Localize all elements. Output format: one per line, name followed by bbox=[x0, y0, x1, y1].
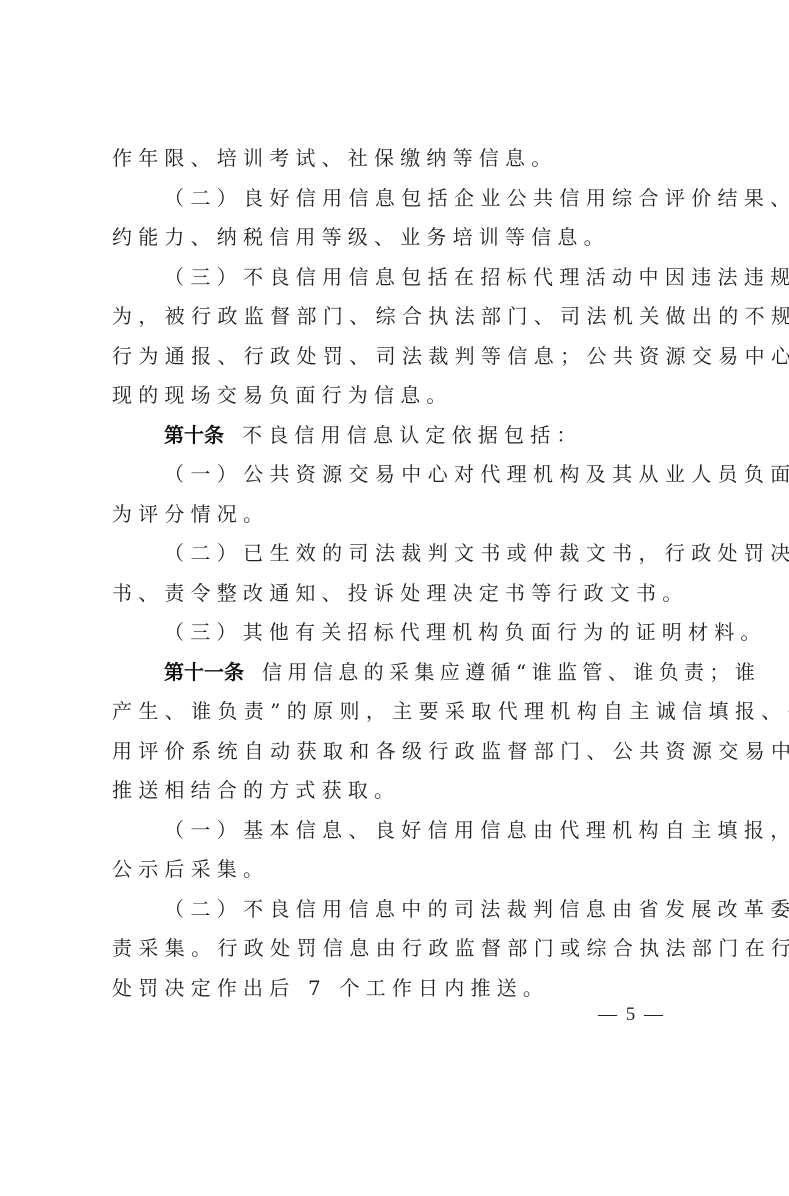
page-number: — 5 — bbox=[598, 1004, 668, 1026]
text-line-12: 书、责令整改通知、投诉处理决定书等行政文书。 bbox=[112, 574, 689, 614]
document-page: 作年限、培训考试、社保缴纳等信息。 （ 二 ） 良 好 信 用 信 息 包 括 … bbox=[0, 0, 789, 1196]
article-11-item-2: （ 二 ） 不 良 信 用 信 息 中 的 司 法 裁 判 信 息 由 省 发 … bbox=[112, 890, 689, 930]
article-11-heading: 第十一条 bbox=[164, 660, 244, 684]
text-line-15: 产 生 、 谁 负 责 ” 的 原 则 ， 主 要 采 取 代 理 机 构 自 … bbox=[112, 692, 689, 732]
document-body: 作年限、培训考试、社保缴纳等信息。 （ 二 ） 良 好 信 用 信 息 包 括 … bbox=[112, 139, 689, 1008]
text-line-22: 处罚决定作出后 7 个工作日内推送。 bbox=[112, 969, 689, 1009]
article-10-text: 不良信用信息认定依据包括： bbox=[242, 423, 583, 447]
text-line-21: 责 采 集 。 行 政 处 罚 信 息 由 行 政 监 督 部 门 或 综 合 … bbox=[112, 929, 689, 969]
article-11: 第十一条信用信息的采集应遵循“谁监管、谁负责；谁 bbox=[112, 653, 689, 693]
article-10-item-1: （ 一 ） 公 共 资 源 交 易 中 心 对 代 理 机 构 及 其 从 业 … bbox=[112, 455, 689, 495]
article-11-text: 信用信息的采集应遵循“谁监管、谁负责；谁 bbox=[262, 660, 760, 684]
text-line-7: 现的现场交易负面行为信息。 bbox=[112, 376, 689, 416]
text-line-10: 为评分情况。 bbox=[112, 495, 689, 535]
text-line-19: 公示后采集。 bbox=[112, 850, 689, 890]
text-line-5: 为 ， 被 行 政 监 督 部 门 、 综 合 执 法 部 门 、 司 法 机 … bbox=[112, 297, 689, 337]
text-line-17: 推送相结合的方式获取。 bbox=[112, 771, 689, 811]
text-line-3: 约能力、纳税信用等级、业务培训等信息。 bbox=[112, 218, 689, 258]
article-11-item-1: （ 一 ） 基 本 信 息 、 良 好 信 用 信 息 由 代 理 机 构 自 … bbox=[112, 811, 689, 851]
article-10: 第十条不良信用信息认定依据包括： bbox=[112, 416, 689, 456]
article-10-item-3: （三）其他有关招标代理机构负面行为的证明材料。 bbox=[112, 613, 689, 653]
text-line-1: 作年限、培训考试、社保缴纳等信息。 bbox=[112, 139, 689, 179]
article-10-heading: 第十条 bbox=[164, 423, 224, 447]
article-10-item-2: （ 二 ） 已 生 效 的 司 法 裁 判 文 书 或 仲 裁 文 书 ， 行 … bbox=[112, 534, 689, 574]
text-line-16: 用 评 价 系 统 自 动 获 取 和 各 级 行 政 监 督 部 门 、 公 … bbox=[112, 732, 689, 772]
text-line-6: 行 为 通 报 、 行 政 处 罚 、 司 法 裁 判 等 信 息 ； 公 共 … bbox=[112, 337, 689, 377]
clause-2-good-credit: （ 二 ） 良 好 信 用 信 息 包 括 企 业 公 共 信 用 综 合 评 … bbox=[112, 179, 689, 219]
clause-3-bad-credit: （ 三 ） 不 良 信 用 信 息 包 括 在 招 标 代 理 活 动 中 因 … bbox=[112, 258, 689, 298]
